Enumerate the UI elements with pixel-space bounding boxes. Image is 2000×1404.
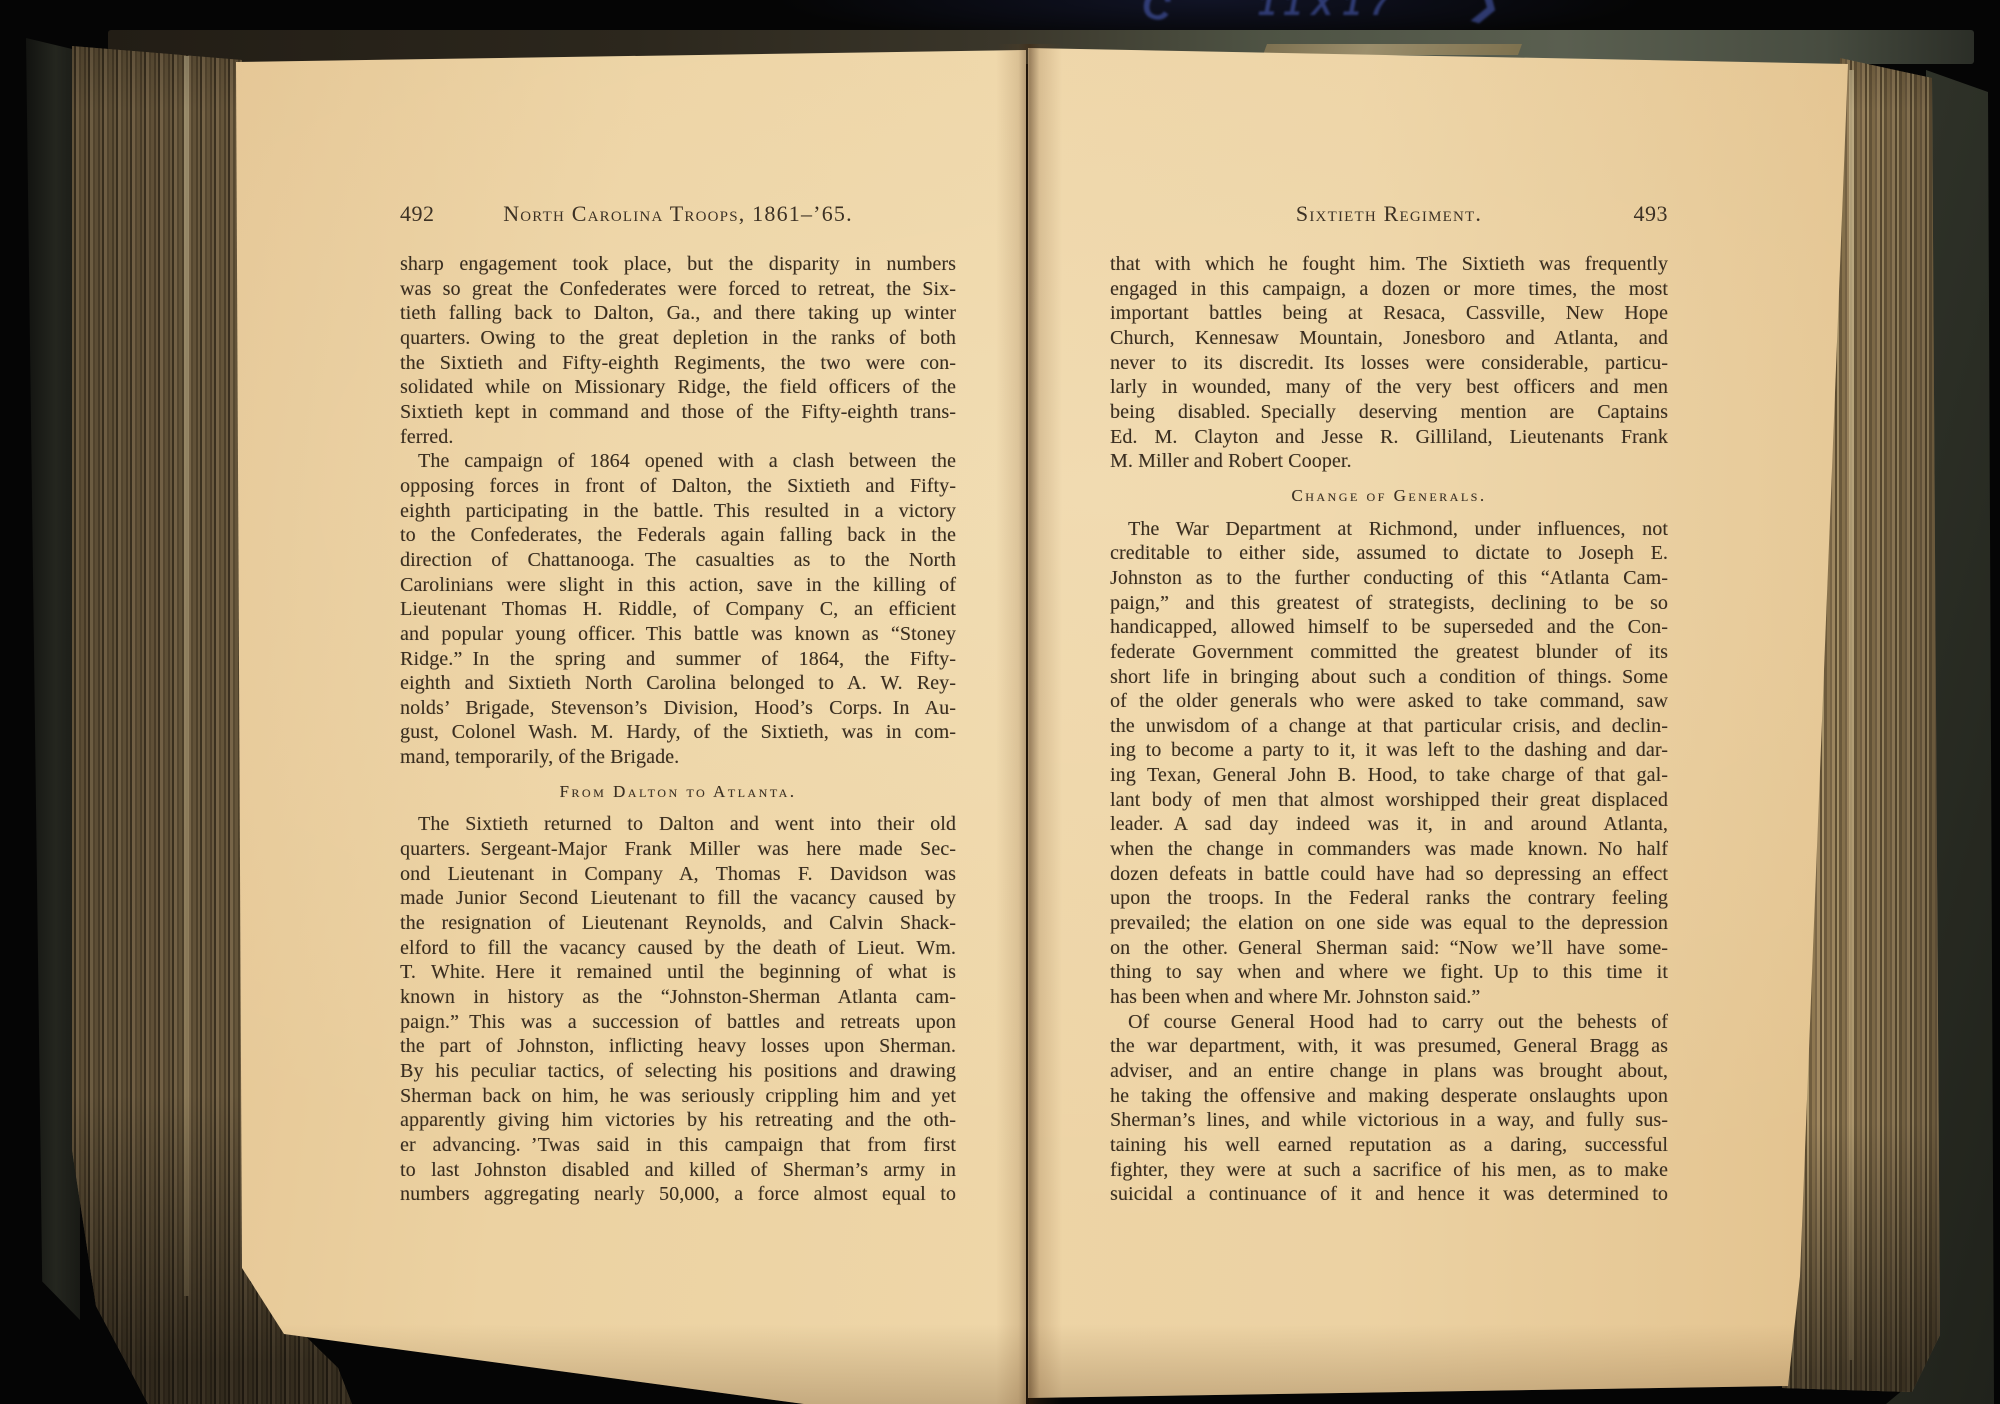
left-running-header-title: North Carolina Troops, 1861–’65.	[400, 201, 956, 227]
text-line: adviser, and an entire change in plans w…	[1110, 1059, 1668, 1084]
right-running-header-title: Sixtieth Regiment.	[1110, 201, 1668, 227]
text-line: on the other. General Sherman said: “Now…	[1110, 936, 1668, 961]
text-line: when the change in commanders was made k…	[1110, 837, 1668, 862]
text-line: By his peculiar tactics, of selecting hi…	[400, 1059, 956, 1084]
text-line: opposing forces in front of Dalton, the …	[400, 474, 956, 499]
text-line: has been when and where Mr. Johnston sai…	[1110, 985, 1668, 1010]
text-line: direction of Chattanooga. The casualties…	[400, 548, 956, 573]
text-line: being disabled. Specially deserving ment…	[1110, 400, 1668, 425]
text-line: taining his well earned reputation as a …	[1110, 1133, 1668, 1158]
text-line: mand, temporarily, of the Brigade.	[400, 745, 956, 770]
text-line: Sherman’s lines, and while victorious in…	[1110, 1108, 1668, 1133]
text-line: never to its discredit. Its losses were …	[1110, 351, 1668, 376]
text-line: he taking the offensive and making despe…	[1110, 1084, 1668, 1109]
text-line: that with which he fought him. The Sixti…	[1110, 252, 1668, 277]
text-line: Sherman back on him, he was seriously cr…	[400, 1084, 956, 1109]
text-line: quarters. Sergeant-Major Frank Miller wa…	[400, 837, 956, 862]
text-line: elford to fill the vacancy caused by the…	[400, 936, 956, 961]
paragraph: sharp engagement took place, but the dis…	[400, 252, 956, 449]
section-heading: Change of Generals.	[1110, 484, 1668, 509]
text-line: M. Miller and Robert Cooper.	[1110, 449, 1668, 474]
text-line: federate Government committed the greate…	[1110, 640, 1668, 665]
text-line: eighth and Sixtieth North Carolina belon…	[400, 671, 956, 696]
text-line: the resignation of Lieutenant Reynolds, …	[400, 911, 956, 936]
text-line: the war department, with, it was presume…	[1110, 1034, 1668, 1059]
text-line: Ridge.” In the spring and summer of 1864…	[400, 647, 956, 672]
text-line: the Sixtieth and Fifty-eighth Regiments,…	[400, 351, 956, 376]
text-line: The Sixtieth returned to Dalton and went…	[400, 812, 956, 837]
paragraph: The War Department at Richmond, under in…	[1110, 517, 1668, 1010]
text-line: suicidal a continuance of it and hence i…	[1110, 1182, 1668, 1207]
text-line: tieth falling back to Dalton, Ga., and t…	[400, 301, 956, 326]
text-line: fighter, they were at such a sacrifice o…	[1110, 1158, 1668, 1183]
section-heading: From Dalton to Atlanta.	[400, 780, 956, 805]
right-page-number: 493	[1634, 201, 1669, 227]
text-line: sharp engagement took place, but the dis…	[400, 252, 956, 277]
text-line: Johnston as to the further conducting of…	[1110, 566, 1668, 591]
text-line: ond Lieutenant in Company A, Thomas F. D…	[400, 862, 956, 887]
text-line: Of course General Hood had to carry out …	[1110, 1010, 1668, 1035]
text-line: Sixtieth kept in command and those of th…	[400, 400, 956, 425]
text-line: important battles being at Resaca, Cassv…	[1110, 301, 1668, 326]
text-line: was so great the Confederates were force…	[400, 277, 956, 302]
text-line: creditable to either side, assumed to di…	[1110, 541, 1668, 566]
paragraph: The campaign of 1864 opened with a clash…	[400, 449, 956, 770]
text-line: T. White. Here it remained until the beg…	[400, 960, 956, 985]
text-line: made Junior Second Lieutenant to fill th…	[400, 886, 956, 911]
text-line: Ed. M. Clayton and Jesse R. Gilliland, L…	[1110, 425, 1668, 450]
text-line: known in history as the “Johnston-Sherma…	[400, 985, 956, 1010]
handwritten-size-label: 11X17	[1258, 0, 1398, 23]
text-line: paign.” This was a succession of battles…	[400, 1010, 956, 1035]
right-running-header: Sixtieth Regiment. 493	[1110, 201, 1668, 231]
text-line: handicapped, allowed himself to be super…	[1110, 615, 1668, 640]
text-line: quarters. Owing to the great depletion i…	[400, 326, 956, 351]
text-line: the part of Johnston, inflicting heavy l…	[400, 1034, 956, 1059]
left-cover-board	[26, 38, 80, 1320]
text-line: upon the troops. In the Federal ranks th…	[1110, 886, 1668, 911]
left-running-header: 492 North Carolina Troops, 1861–’65.	[400, 201, 956, 231]
book-photo-scene: C 11X17 ❯ 492 North Carolina Troops, 186…	[0, 0, 2000, 1404]
text-line: ferred.	[400, 425, 956, 450]
text-line: to last Johnston disabled and killed of …	[400, 1158, 956, 1183]
text-line: paign,” and this greatest of strategists…	[1110, 591, 1668, 616]
text-line: ing Texan, General John B. Hood, to take…	[1110, 763, 1668, 788]
text-line: and popular young officer. This battle w…	[400, 622, 956, 647]
left-page-body: sharp engagement took place, but the dis…	[400, 252, 956, 1207]
text-line: nolds’ Brigade, Stevenson’s Division, Ho…	[400, 696, 956, 721]
text-line: er advancing. ’Twas said in this campaig…	[400, 1133, 956, 1158]
text-line: The campaign of 1864 opened with a clash…	[400, 449, 956, 474]
text-line: thing to say when and where we fight. Up…	[1110, 960, 1668, 985]
text-line: numbers aggregating nearly 50,000, a for…	[400, 1182, 956, 1207]
text-line: The War Department at Richmond, under in…	[1110, 517, 1668, 542]
paragraph: Of course General Hood had to carry out …	[1110, 1010, 1668, 1207]
text-line: of the older generals who were asked to …	[1110, 689, 1668, 714]
text-line: larly in wounded, many of the very best …	[1110, 375, 1668, 400]
text-line: engaged in this campaign, a dozen or mor…	[1110, 277, 1668, 302]
text-line: Lieutenant Thomas H. Riddle, of Company …	[400, 597, 956, 622]
text-line: apparently giving him victories by his r…	[400, 1108, 956, 1133]
text-line: to the Confederates, the Federals again …	[400, 523, 956, 548]
paragraph: that with which he fought him. The Sixti…	[1110, 252, 1668, 474]
paragraph: The Sixtieth returned to Dalton and went…	[400, 812, 956, 1207]
text-line: leader. A sad day indeed was it, in and …	[1110, 812, 1668, 837]
text-line: Carolinians were slight in this action, …	[400, 573, 956, 598]
text-line: prevailed; the elation on one side was e…	[1110, 911, 1668, 936]
text-line: gust, Colonel Wash. M. Hardy, of the Six…	[400, 720, 956, 745]
text-line: lant body of men that almost worshipped …	[1110, 788, 1668, 813]
right-page-body: that with which he fought him. The Sixti…	[1110, 252, 1668, 1207]
text-line: dozen defeats in battle could have had s…	[1110, 862, 1668, 887]
text-line: Church, Kennesaw Mountain, Jonesboro and…	[1110, 326, 1668, 351]
text-line: short life in bringing about such a cond…	[1110, 665, 1668, 690]
text-line: the unwisdom of a change at that particu…	[1110, 714, 1668, 739]
text-line: eighth participating in the battle. This…	[400, 499, 956, 524]
text-line: ing to become a party to it, it was left…	[1110, 738, 1668, 763]
text-line: solidated while on Missionary Ridge, the…	[400, 375, 956, 400]
